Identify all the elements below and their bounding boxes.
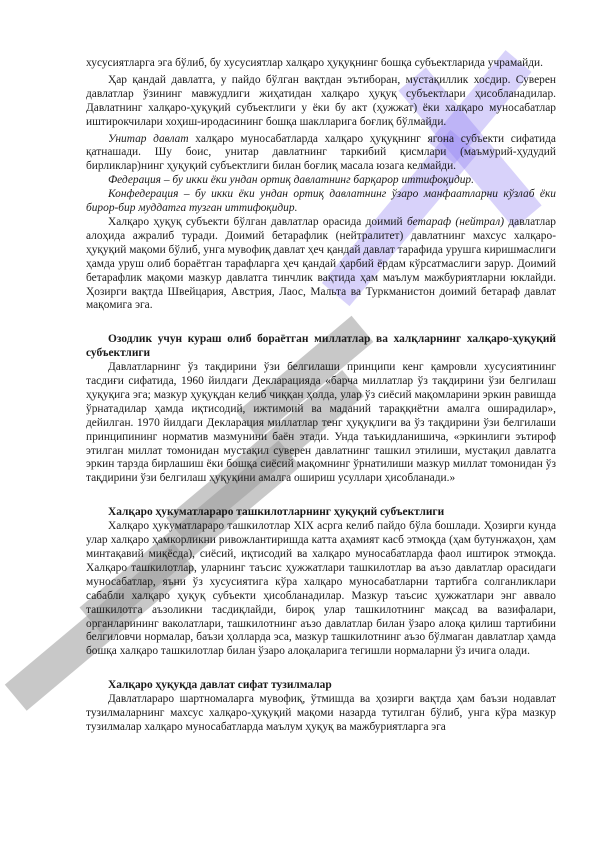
- section-heading-2: Халқаро ҳукуматлараро ташкилотларнинг ҳу…: [86, 506, 556, 520]
- paragraph-1: хусусиятларга эга бўлиб, бу хусусиятлар …: [86, 57, 556, 71]
- section-body-1: Давлатларнинг ўз тақдирини ўзи белгилаши…: [86, 361, 556, 486]
- document-page: хусусиятларга эга бўлиб, бу хусусиятлар …: [86, 57, 556, 735]
- paragraph-federation: Федерация – бу икки ёки ундан ортиқ давл…: [86, 174, 556, 188]
- section-heading-3: Халқаро ҳуқуқда давлат сифат тузилмалар: [86, 679, 556, 693]
- italic-term: Унитар давлат: [108, 133, 189, 145]
- paragraph-confederation: Конфедерация – бу икки ёки ундан ортиқ д…: [86, 188, 556, 216]
- section-heading-1: Озодлик учун кураш олиб бораётган миллат…: [86, 333, 556, 361]
- paragraph-3: Унитар давлат халқаро муносабатларда хал…: [86, 133, 556, 175]
- paragraph-neutral: Халқаро ҳуқуқ субъекти бўлган давлатлар …: [86, 216, 556, 313]
- section-body-2: Халқаро ҳукуматлараро ташкилотлар XIX ас…: [86, 520, 556, 659]
- paragraph-2: Ҳар қандай давлатга, у пайдо бўлган вақт…: [86, 74, 556, 130]
- section-body-3: Давлатлараро шартномаларга мувофиқ, ўтми…: [86, 693, 556, 735]
